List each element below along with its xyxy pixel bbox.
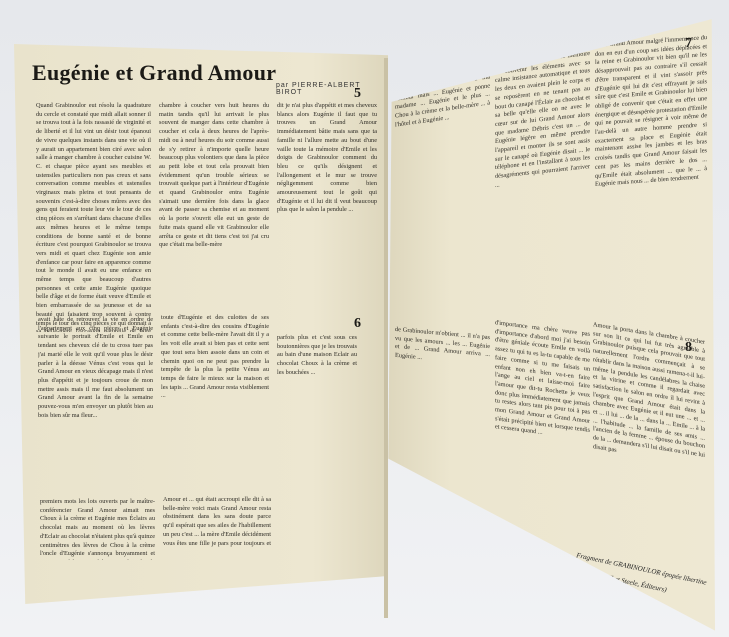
byline: par PIERRE-ALBERT BIROT [276,82,388,96]
spine-gutter [384,58,388,618]
right-page-column-4: de Grabinoulor m'obtient ... il n'a pas … [395,326,490,544]
page-number-6: 6 [354,316,361,332]
article-title: Eugénie et Grand Amour [32,60,276,86]
left-page-column-6: parfois plus et c'est sous ces boutonniè… [277,334,357,534]
left-page-column-5-continued: Amour et ... qui était accroupi elle dit… [163,496,271,548]
left-page-column-4-continued: premiers mots les lots ouverts par le ma… [40,498,155,560]
left-page: Eugénie et Grand Amour par PIERRE-ALBERT… [14,44,388,604]
right-page-column-1: tomps de amour ma don à ma l'amour mais … [395,73,490,296]
left-page-column-4: avait hâte de retrouver la vie en ordre … [38,316,153,496]
left-page-column-5: toute d'Eugénie et des culottes de ses e… [161,314,269,494]
left-page-column-2: chambre à coucher vers huit heures du ma… [159,102,269,322]
page-number-5: 5 [354,86,361,102]
left-page-column-3: dit je n'ai plus d'appétit et mes cheveu… [277,102,377,314]
right-page: 7 tomps de amour ma don à ma l'amour mai… [385,0,715,637]
right-page-column-2: lui Eclair au chocolat et la mémoire de … [495,50,590,290]
right-page-column-3: ment Grand Amour malgré l'immensence du … [595,34,707,302]
right-page-column-6: Amour la porta dans la chambre à coucher… [593,321,705,559]
left-page-column-1: Quand Grabinoulor eut résolu la quadratu… [36,102,151,332]
right-page-column-5: d'importance ma chère veuve pas d'import… [495,319,590,571]
